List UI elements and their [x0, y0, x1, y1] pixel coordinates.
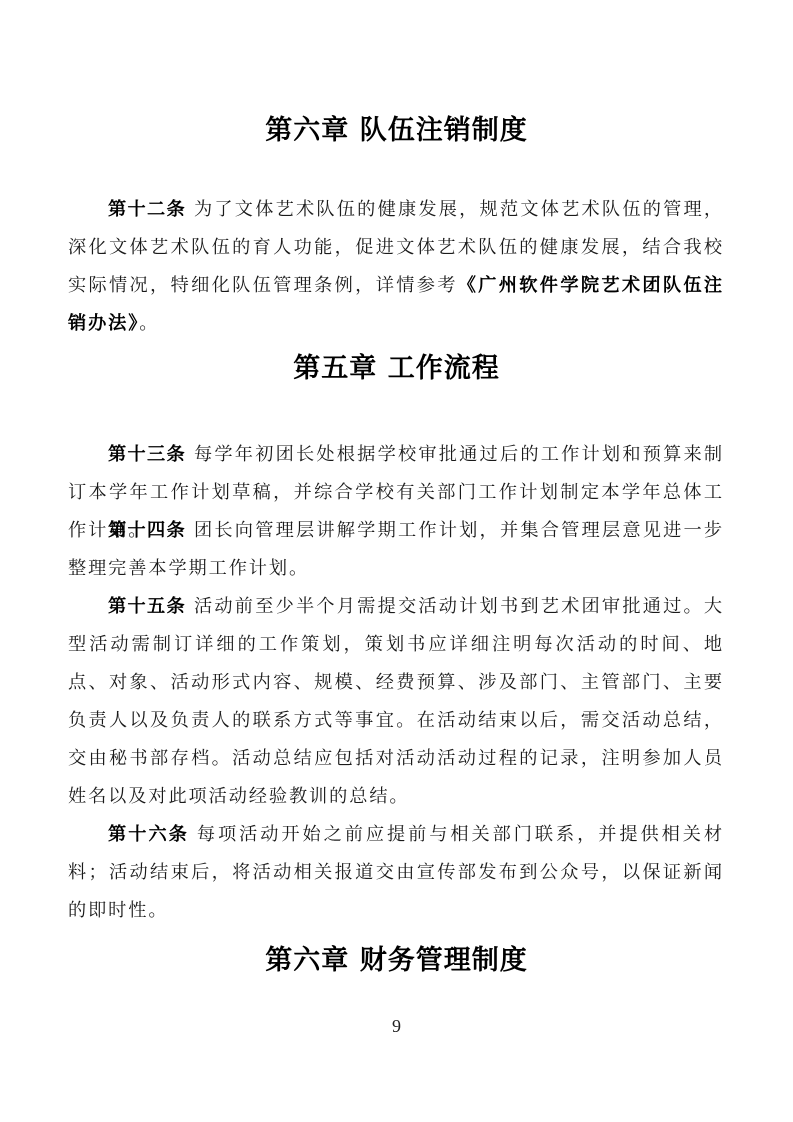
document-page: 第六章 队伍注销制度 第十二条为了文体艺术队伍的健康发展，规范文体艺术队伍的管理…	[0, 0, 793, 1122]
article-label: 第十三条	[108, 444, 186, 465]
article-12: 第十二条为了文体艺术队伍的健康发展，规范文体艺术队伍的管理，深化文体艺术队伍的育…	[68, 191, 724, 343]
page-number: 9	[0, 1016, 793, 1037]
article-text: 活动前至少半个月需提交活动计划书到艺术团审批通过。大型活动需制订详细的工作策划，…	[68, 596, 724, 807]
article-label: 第十四条	[108, 520, 186, 541]
article-15: 第十五条活动前至少半个月需提交活动计划书到艺术团审批通过。大型活动需制订详细的工…	[68, 588, 724, 816]
chapter-title-workflow: 第五章 工作流程	[0, 346, 793, 385]
article-14: 第十四条团长向管理层讲解学期工作计划，并集合管理层意见进一步整理完善本学期工作计…	[68, 512, 724, 588]
article-label: 第十二条	[108, 199, 186, 220]
article-label: 第十六条	[108, 824, 189, 845]
article-16: 第十六条每项活动开始之前应提前与相关部门联系，并提供相关材料；活动结束后，将活动…	[68, 816, 724, 930]
article-tail: 。	[139, 313, 159, 334]
chapter-title-financial-management: 第六章 财务管理制度	[0, 938, 793, 977]
chapter-title-team-deregistration: 第六章 队伍注销制度	[0, 108, 793, 147]
article-label: 第十五条	[108, 596, 186, 617]
